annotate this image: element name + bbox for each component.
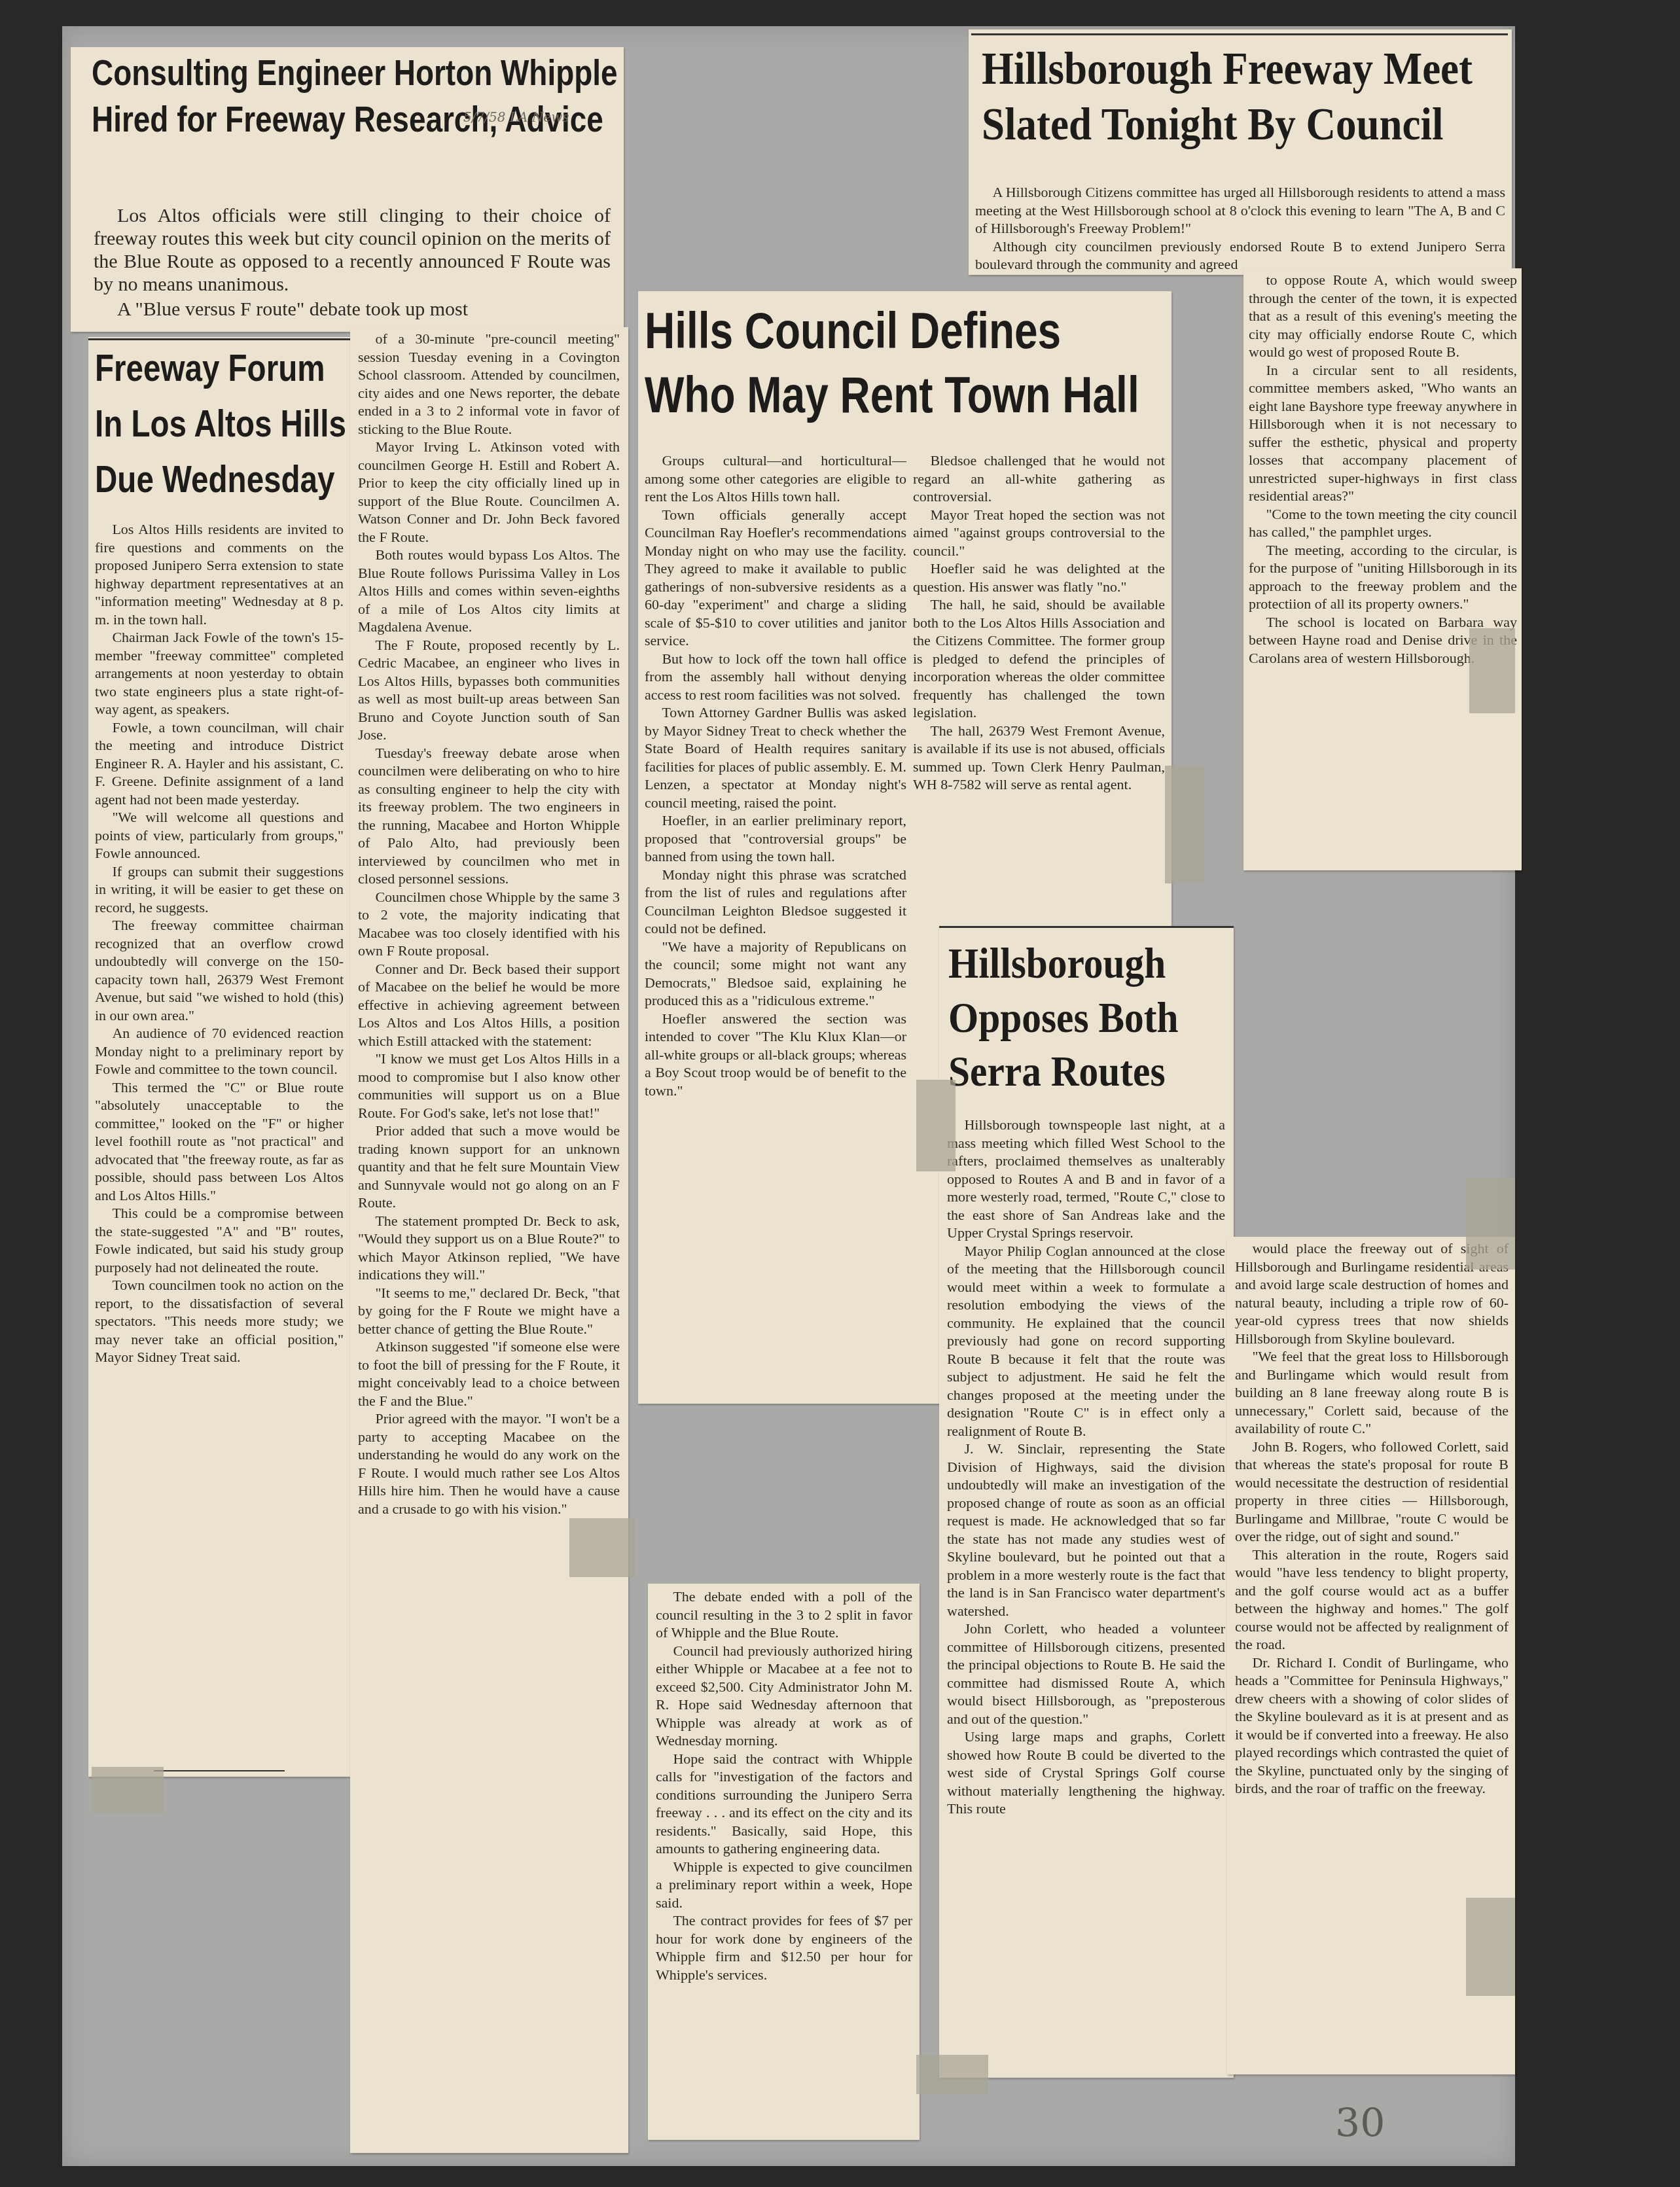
paragraph: A Hillsborough Citizens committee has ur… [975,183,1505,238]
paragraph: "I know we must get Los Altos Hills in a… [358,1050,620,1122]
paragraph: Dr. Richard I. Condit of Burlingame, who… [1235,1654,1509,1798]
clipping-hillsborough-meet-column: to oppose Route A, which would sweep thr… [1243,268,1522,870]
clipping-hillsborough-opposes: Hillsborough Opposes Both Serra Routes H… [939,926,1234,2078]
article-body-col2: Bledsoe challenged that he would not reg… [913,452,1165,844]
paragraph: Mayor Irving L. Atkinson voted with coun… [358,438,620,546]
paragraph: Using large maps and graphs, Corlett sho… [947,1728,1225,1818]
paragraph: "It seems to me," declared Dr. Beck, "th… [358,1284,620,1338]
handwritten-note: 5/7/58 LA News [463,109,569,125]
headline-line-1: Consulting Engineer Horton Whipple [92,54,618,92]
paragraph: But how to lock off the town hall office… [645,650,906,704]
paragraph: Tuesday's freeway debate arose when coun… [358,744,620,888]
headline-line-2: Slated Tonight By Council [982,99,1473,150]
headline-line-2: Opposes Both [948,995,1179,1042]
paragraph: Both routes would bypass Los Altos. The … [358,546,620,636]
paragraph: This could be a compromise between the s… [95,1204,344,1276]
clipping-freeway-forum: Freeway Forum In Los Altos Hills Due Wed… [88,337,350,1777]
paragraph: Council had previously authorized hiring… [656,1642,912,1750]
paragraph: The meeting, according to the circular, … [1249,541,1517,613]
paragraph: "We will welcome all questions and point… [95,808,344,862]
article-body: Los Altos Hills residents are invited to… [95,520,344,1767]
paragraph: "We feel that the great loss to Hillsbor… [1235,1347,1509,1438]
article-body-col1: Groups cultural—and horticultural—among … [645,452,906,1394]
clipping-hillsborough-meet: Hillsborough Freeway Meet Slated Tonight… [969,29,1512,275]
tape-strip [1466,1898,1515,1996]
tape-strip [1466,1178,1515,1270]
paragraph: of a 30-minute "pre-council meeting" ses… [358,330,620,438]
clipping-horton-whipple-continuation: The debate ended with a poll of the coun… [648,1584,920,2140]
headline-line-1: Hillsborough [948,940,1179,988]
page-number: 30 [1335,2101,1385,2146]
paragraph: Groups cultural—and horticultural—among … [645,452,906,506]
paragraph: Hoefler answered the section was intende… [645,1010,906,1100]
paragraph: Mayor Philip Coglan announced at the clo… [947,1242,1225,1440]
headline-line-1: Hillsborough Freeway Meet [982,44,1473,94]
tape-strip [916,2055,988,2094]
headline-line-2: Who May Rent Town Hall [645,368,1139,422]
tape-strip [569,1518,635,1577]
paragraph: The contract provides for fees of $7 per… [656,1911,912,1983]
paragraph: Prior added that such a move would be tr… [358,1122,620,1212]
paragraph: Mayor Treat hoped the section was not ai… [913,506,1165,560]
clipping-horton-whipple-lead2: A "Blue versus F route" debate took up m… [71,298,624,330]
paragraph: This termed the "C" or Blue route "absol… [95,1078,344,1205]
tape-strip [92,1767,164,1813]
headline-line-1: Hills Council Defines [645,304,1139,358]
tape-strip [916,1080,956,1171]
article-body-continuation: The debate ended with a poll of the coun… [656,1588,912,2137]
paragraph: Hoefler, in an earlier preliminary repor… [645,811,906,866]
paragraph: The statement prompted Dr. Beck to ask, … [358,1212,620,1284]
paragraph: Monday night this phrase was scratched f… [645,866,906,938]
top-rule [88,338,350,340]
paragraph: Hoefler said he was delighted at the que… [913,560,1165,596]
headline-line-1: Freeway Forum [95,349,346,389]
article-body: of a 30-minute "pre-council meeting" ses… [358,330,620,2149]
paragraph: Prior agreed with the mayor. "I won't be… [358,1410,620,1518]
paragraph: The hall, he said, should be available b… [913,596,1165,722]
paragraph: John B. Rogers, who followed Corlett, sa… [1235,1438,1509,1546]
paragraph: Hope said the contract with Whipple call… [656,1750,912,1858]
paragraph: The F Route, proposed recently by L. Ced… [358,636,620,744]
headline-line-3: Due Wednesday [95,460,346,500]
headline-line-2: In Los Altos Hills [95,404,346,444]
paragraph: "We have a majority of Republicans on th… [645,938,906,1010]
paragraph: An audience of 70 evidenced reaction Mon… [95,1024,344,1078]
top-rule [971,33,1508,35]
paragraph: Chairman Jack Fowle of the town's 15-mem… [95,628,344,719]
paragraph: Conner and Dr. Beck based their support … [358,960,620,1050]
paragraph: Whipple is expected to give councilmen a… [656,1858,912,1912]
paragraph: The debate ended with a poll of the coun… [656,1588,912,1642]
paragraph: Town Attorney Gardner Bullis was asked b… [645,703,906,811]
paragraph: Bledsoe challenged that he would not reg… [913,452,1165,506]
paragraph: The hall, 26379 West Fremont Avenue, is … [913,722,1165,794]
paragraph: Atkinson suggested "if someone else were… [358,1338,620,1410]
paragraph: John Corlett, who headed a volunteer com… [947,1620,1225,1728]
paragraph: Los Altos Hills residents are invited to… [95,520,344,628]
lead-paragraph-2: A "Blue versus F route" debate took up m… [71,298,624,321]
tape-strip [1165,766,1204,883]
article-intro: A Hillsborough Citizens committee has ur… [975,183,1505,275]
paragraph: This alteration in the route, Rogers sai… [1235,1546,1509,1654]
paragraph: Hillsborough townspeople last night, at … [947,1116,1225,1242]
bottom-rule [154,1770,285,1771]
paragraph: Councilmen chose Whipple by the same 3 t… [358,888,620,960]
paragraph: "Come to the town meeting the city counc… [1249,505,1517,541]
paragraph: to oppose Route A, which would sweep thr… [1249,271,1517,361]
headline-line-3: Serra Routes [948,1048,1179,1096]
paragraph: Town councilmen took no action on the re… [95,1276,344,1366]
paragraph: Fowle, a town councilman, will chair the… [95,719,344,809]
paragraph: If groups can submit their suggestions i… [95,862,344,917]
paragraph: Town officials generally accept Councilm… [645,506,906,650]
clipping-horton-whipple-header: Consulting Engineer Horton Whipple Hired… [71,47,624,332]
tape-strip [1469,628,1515,713]
paragraph: J. W. Sinclair, representing the State D… [947,1440,1225,1620]
top-rule [939,926,1234,928]
clipping-horton-whipple-column: of a 30-minute "pre-council meeting" ses… [350,327,628,2153]
article-body-col1: Hillsborough townspeople last night, at … [947,1116,1225,2071]
article-body: to oppose Route A, which would sweep thr… [1249,271,1517,870]
paragraph: In a circular sent to all residents, com… [1249,361,1517,505]
lead-paragraph: Los Altos officials were still clinging … [94,204,611,296]
paragraph: The freeway committee chairman recognize… [95,916,344,1024]
